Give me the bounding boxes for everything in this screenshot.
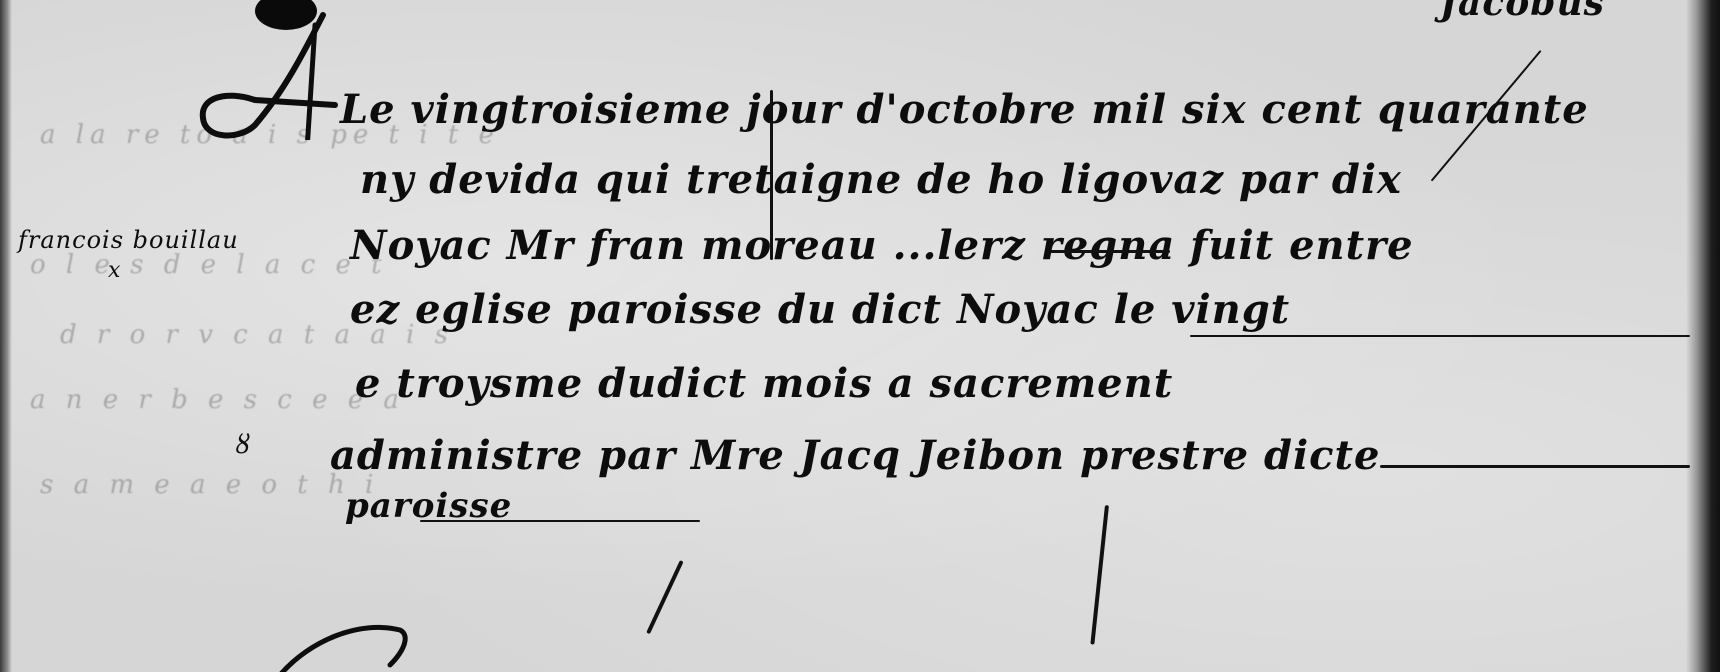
margin-mark: x	[108, 258, 121, 283]
register-page: a la re to a i s pe t i t e o l e s d e …	[0, 0, 1720, 672]
register-line-1: Le vingtroisieme jour d'octobre mil six …	[340, 86, 1589, 133]
filler-rule	[1050, 250, 1170, 253]
margin-symbol: ȣ	[236, 430, 251, 460]
descender-stroke	[1090, 505, 1109, 645]
filler-rule	[1380, 465, 1690, 468]
register-line-5: e troysme dudict mois a sacrement	[355, 360, 1173, 407]
register-line-6: administre par Mre Jacq Jeibon prestre d…	[330, 432, 1380, 479]
descender-stroke	[646, 560, 683, 634]
register-line-4: ez eglise paroisse du dict Noyac le ving…	[350, 286, 1290, 333]
top-fragment-text: Jacobus	[1440, 0, 1605, 24]
bleed-through-text: a n e r b e s c e e a	[30, 385, 405, 415]
decorative-initial-icon	[195, 10, 345, 140]
page-right-edge	[1686, 0, 1720, 672]
bleed-through-text: o l e s d e l a c e t	[30, 250, 388, 280]
page-left-edge	[0, 0, 12, 672]
register-line-2: ny devida qui tretaigne de ho ligovaz pa…	[360, 156, 1402, 203]
next-entry-initial-icon	[270, 620, 430, 672]
margin-name: francois bouillau	[18, 226, 239, 254]
bleed-through-text: s a m e a e o t h i	[40, 470, 379, 500]
descender-stroke	[770, 90, 773, 260]
filler-rule	[1190, 335, 1690, 337]
register-line-3: Noyac Mr fran moreau ...lerz regna fuit …	[350, 222, 1414, 269]
filler-rule	[420, 520, 700, 522]
